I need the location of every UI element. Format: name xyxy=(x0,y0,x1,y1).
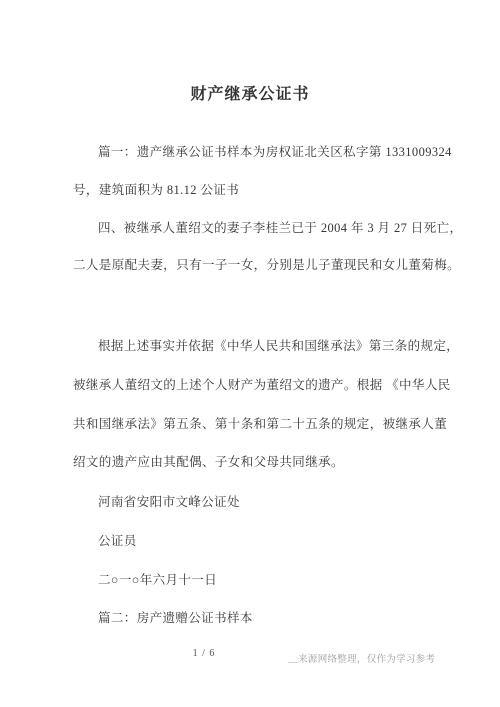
doc-line-legal-3: 共和国继承法》第五条、第十条和第二十五条的规定，被继承人董 xyxy=(73,417,447,431)
document-title: 财产继承公证书 xyxy=(0,81,500,104)
doc-line-item4-1: 四、被继承人董绍文的妻子李桂兰已于 2004 年 3 月 27 日死亡， xyxy=(98,221,462,235)
doc-line-notary-office: 河南省安阳市文峰公证处 xyxy=(98,495,240,509)
doc-line-legal-4: 绍文的遗产应由其配偶、子女和父母共同继承。 xyxy=(73,455,344,469)
doc-line-notary-officer: 公证员 xyxy=(98,534,137,548)
document-page: 财产继承公证书 篇一：遗产继承公证书样本为房权证北关区私字第 133100932… xyxy=(0,0,500,707)
doc-line-pian1-heading: 篇一：遗产继承公证书样本为房权证北关区私字第 1331009324 xyxy=(98,145,452,159)
doc-line-pian1-continuation: 号，建筑面积为 81.12 公证书 xyxy=(73,183,239,197)
page-indicator: 1 / 6 xyxy=(169,648,239,659)
doc-line-legal-2: 被继承人董绍文的上述个人财产为董绍文的遗产。根据 《中华人民 xyxy=(73,378,451,392)
source-note: __来源网络整理，仅作为学习参考 xyxy=(288,651,435,665)
doc-line-legal-1: 根据上述事实并依据《中华人民共和国继承法》第三条的规定， xyxy=(98,339,459,353)
doc-line-pian2-heading: 篇二：房产遗赠公证书样本 xyxy=(98,611,253,625)
doc-line-date: 二○一○年六月十一日 xyxy=(98,573,217,587)
doc-line-item4-2: 二人是原配夫妻，只有一子一女，分别是儿子董现民和女儿董菊梅。 xyxy=(73,258,460,272)
